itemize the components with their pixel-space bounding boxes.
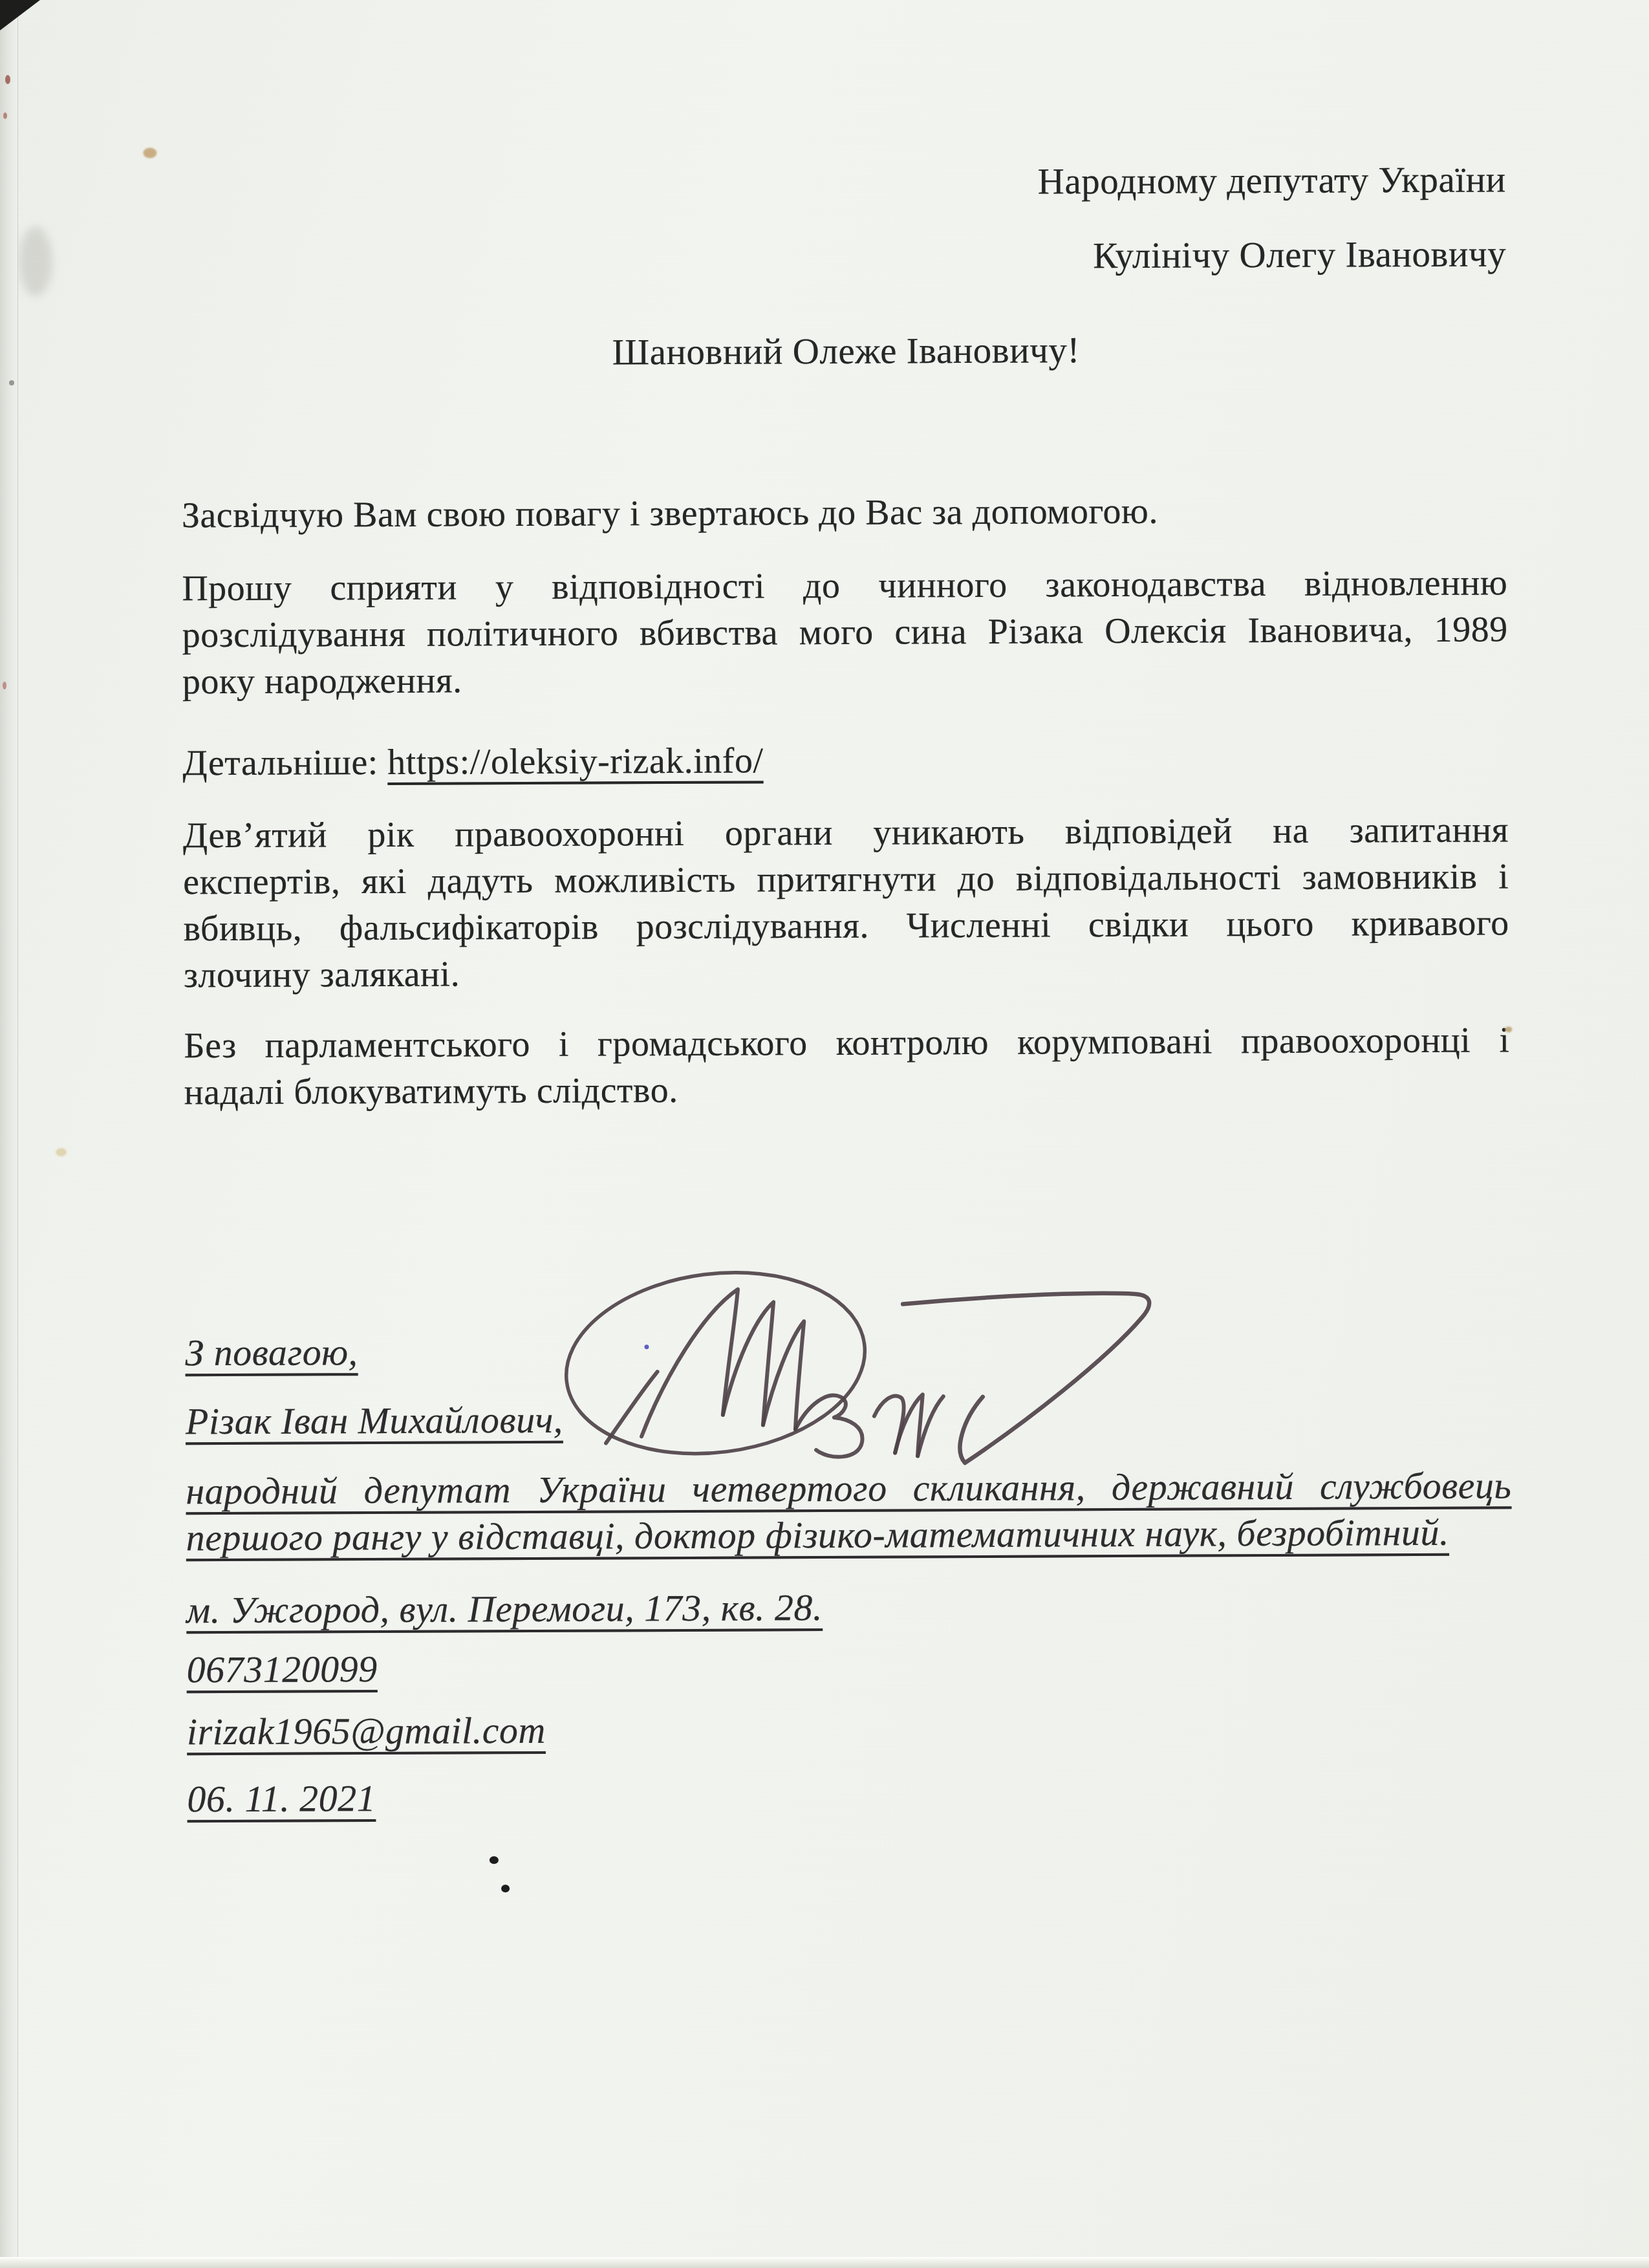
- paper-stain-top: [143, 147, 156, 158]
- edge-fleck-4: [3, 682, 6, 689]
- paragraph-investigation-line-3: вбивць, фальсифікаторів розслідування. Ч…: [183, 900, 1509, 952]
- signer-email: irizak1965@gmail.com: [187, 1707, 546, 1755]
- paragraph-request: Прошу сприяти у відповідності до чинного…: [182, 559, 1508, 705]
- recipient-line-1: Народному депутату України: [1037, 142, 1505, 219]
- details-line: Детальніше: https://oleksiy-rizak.info/: [182, 734, 1508, 786]
- ink-dot-1: [490, 1856, 499, 1864]
- closing-line: З повагою,: [185, 1329, 358, 1376]
- details-label: Детальніше:: [182, 742, 378, 783]
- paragraph-request-line-1: Прошу сприяти у відповідності до чинного…: [182, 559, 1507, 612]
- paragraph-control-line-1: Без парламентського і громадського контр…: [184, 1017, 1509, 1069]
- scan-edge-left: [0, 0, 18, 2268]
- scan-edge-bottom: [0, 2257, 1649, 2268]
- handwritten-signature: [544, 1263, 1191, 1473]
- paper-stain-right: [1505, 1026, 1512, 1032]
- scan-smudge: [19, 226, 52, 296]
- signer-title-line-2: першого рангу у відставці, доктор фізико…: [186, 1509, 1512, 1561]
- paragraph-investigation-line-4: злочину залякані.: [184, 946, 1509, 999]
- blue-ink-dot: [644, 1345, 649, 1349]
- paragraph-request-line-3: року народження.: [182, 653, 1508, 705]
- letter-content: Народному депутату України Кулінічу Олег…: [0, 0, 1649, 2268]
- scanned-letter-page: Народному депутату України Кулінічу Олег…: [0, 0, 1649, 2268]
- signer-phone: 0673120099: [186, 1646, 377, 1693]
- edge-fleck-1: [5, 75, 10, 84]
- paragraph-investigation: Дев’ятий рік правоохоронні органи уникаю…: [183, 806, 1509, 999]
- details-url: https://oleksiy-rizak.info/: [387, 740, 763, 783]
- paragraph-control-line-2: надалі блокуватимуть слідство.: [184, 1063, 1510, 1116]
- paragraph-investigation-line-2: експертів, які дадуть можливість притягн…: [183, 853, 1509, 905]
- recipient-line-2: Кулінічу Олегу Івановичу: [1038, 217, 1506, 293]
- paragraph-investigation-line-1: Дев’ятий рік правоохоронні органи уникаю…: [183, 806, 1509, 859]
- paragraph-request-line-2: розслідування політичного вбивства мого …: [182, 606, 1507, 658]
- signer-address: м. Ужгород, вул. Перемоги, 173, кв. 28.: [186, 1584, 823, 1634]
- signer-name: Різак Іван Михайлович,: [186, 1397, 563, 1445]
- recipient-block: Народному депутату України Кулінічу Олег…: [1037, 142, 1506, 293]
- paragraph-respect: Засвідчую Вам свою повагу і звертаюсь до…: [182, 486, 1507, 539]
- edge-fleck-3: [9, 380, 14, 385]
- edge-fleck-2: [3, 113, 7, 119]
- letter-date: 06. 11. 2021: [187, 1775, 376, 1822]
- signer-title: народний депутат України четвертого скли…: [186, 1462, 1512, 1561]
- paragraph-control: Без парламентського і громадського контр…: [184, 1017, 1510, 1116]
- salutation: Шановний Олеже Івановичу!: [612, 327, 1080, 376]
- paper-stain-left: [56, 1148, 67, 1156]
- ink-dot-2: [501, 1885, 510, 1892]
